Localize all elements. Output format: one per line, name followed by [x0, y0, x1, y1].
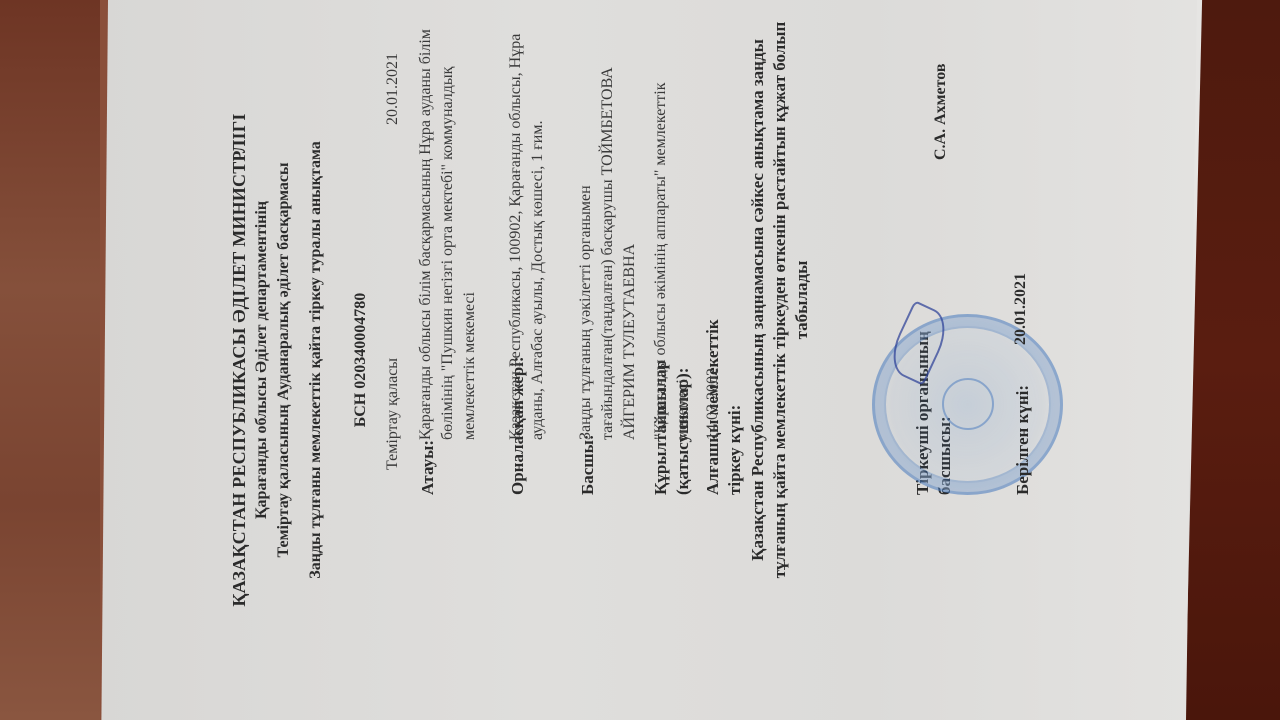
field-value-founders: "Қарағанды облысы әкімінің аппараты" мем… [650, 20, 694, 440]
issued-date: 20.01.2021 [1012, 273, 1030, 345]
emblem-icon [942, 379, 994, 431]
legal-statement: Қазақстан Республикасының заңнамасына сә… [747, 0, 813, 600]
field-value-name: Қарағанды облысы білім басқармасының Нұр… [415, 0, 481, 440]
bin-number: БСН 020340004780 [352, 0, 370, 720]
field-value-address: Қазақстан Республикасы, 100902, Қарағанд… [505, 0, 549, 440]
department-heading: Қарағанды облысы Әділет департаментінің [253, 0, 271, 720]
field-value-first-registration: 14.03.2002 [702, 240, 724, 440]
issue-city: Теміртау қаласы [382, 358, 404, 470]
table-surface-left [0, 0, 100, 720]
field-value-head: Заңды тұлғаның уәкілетті органымен тағай… [575, 10, 641, 440]
certificate-document: ҚАЗАҚСТАН РЕСПУБЛИКАСЫ ӘДІЛЕТ МИНИСТРЛІГ… [97, 0, 1197, 720]
signatory-name: С.А. Ахметов [932, 63, 950, 160]
issue-date: 20.01.2021 [382, 53, 404, 125]
issued-label: Берілген күні: [1012, 385, 1034, 495]
office-heading: Теміртау қаласының Ауданаралық әділет ба… [275, 0, 293, 720]
ministry-heading: ҚАЗАҚСТАН РЕСПУБЛИКАСЫ ӘДІЛЕТ МИНИСТРЛІГ… [229, 0, 250, 720]
document-title: Заңды тұлғаны мемлекеттік қайта тіркеу т… [307, 0, 325, 720]
